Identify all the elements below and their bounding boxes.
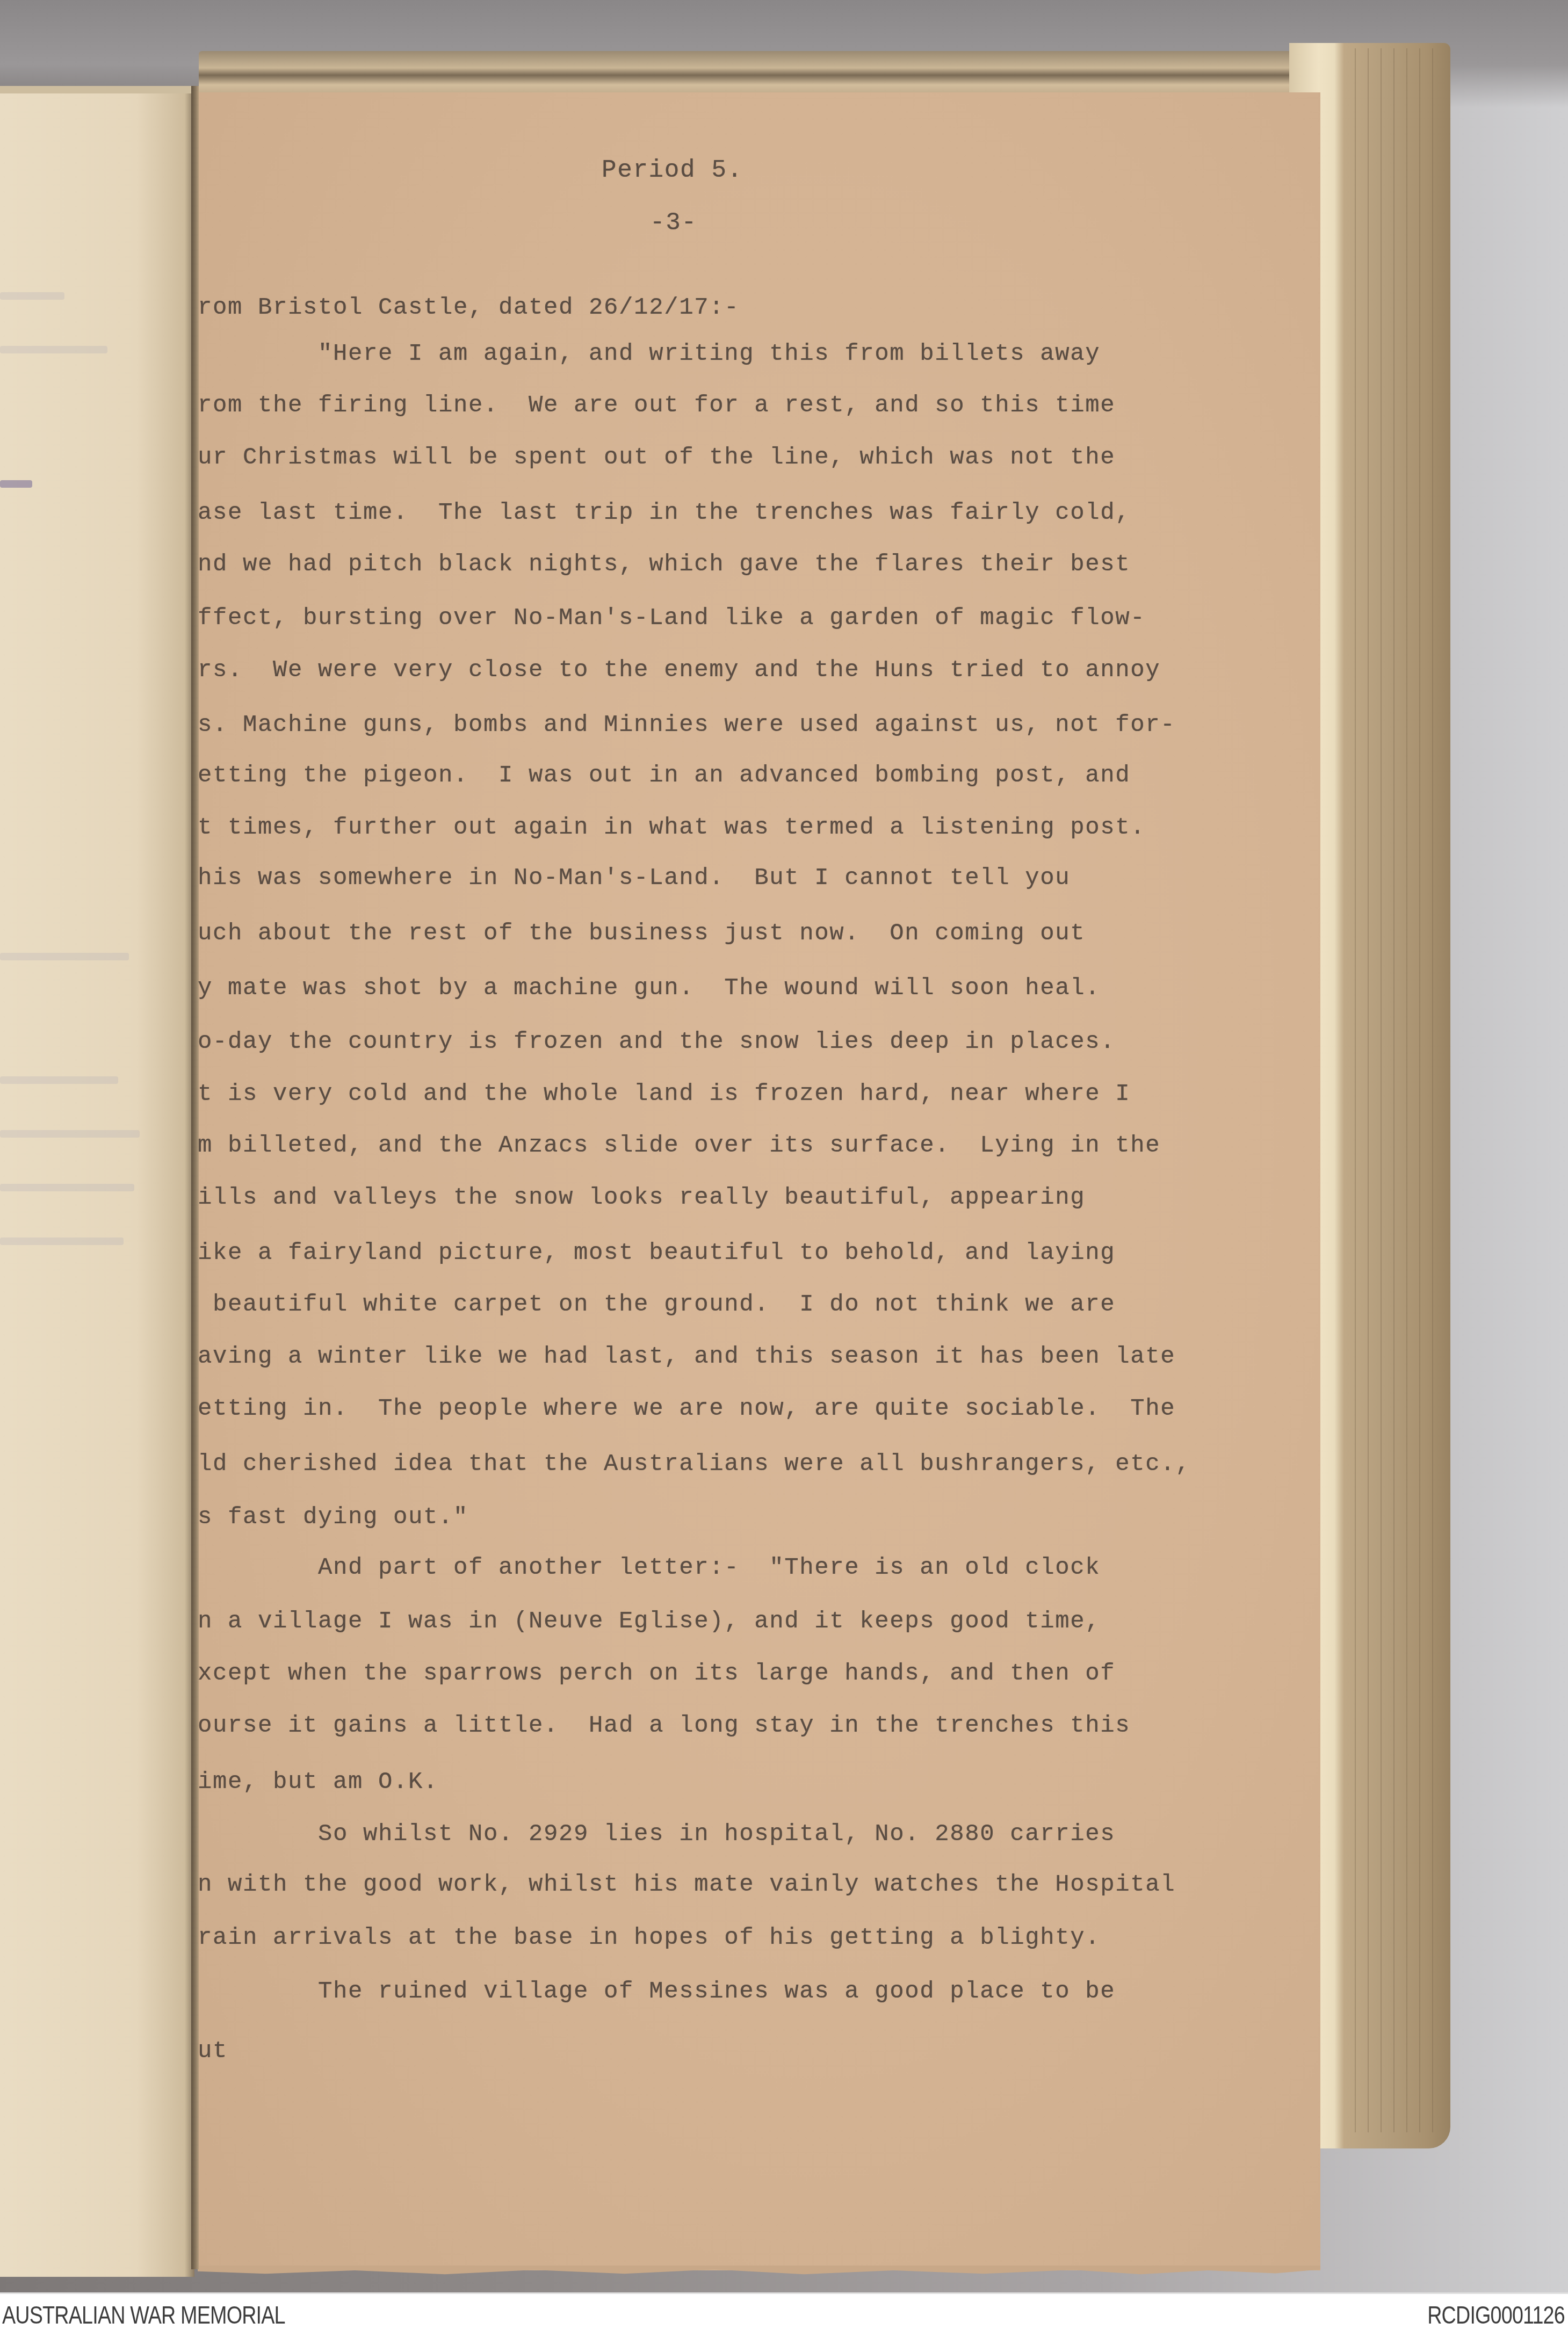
bleed-through-text bbox=[0, 480, 32, 488]
bleed-through-text bbox=[0, 953, 129, 960]
text-line: etting the pigeon. I was out in an advan… bbox=[198, 762, 1130, 789]
text-line: m billeted, and the Anzacs slide over it… bbox=[198, 1132, 1160, 1159]
bleed-through-text bbox=[0, 1184, 134, 1191]
page-heading: Period 5. bbox=[602, 157, 743, 184]
text-line: t times, further out again in what was t… bbox=[198, 814, 1145, 841]
text-line: And part of another letter:- "There is a… bbox=[198, 1554, 1100, 1581]
text-line: n with the good work, whilst his mate va… bbox=[198, 1871, 1175, 1898]
text-line: ur Christmas will be spent out of the li… bbox=[198, 444, 1115, 471]
text-line: ills and valleys the snow looks really b… bbox=[198, 1184, 1085, 1211]
text-line: So whilst No. 2929 lies in hospital, No.… bbox=[198, 1821, 1115, 1848]
text-line: o-day the country is frozen and the snow… bbox=[198, 1029, 1115, 1055]
text-line: s fast dying out." bbox=[198, 1504, 468, 1531]
text-line: his was somewhere in No-Man's-Land. But … bbox=[198, 865, 1070, 892]
text-line: ike a fairyland picture, most beautiful … bbox=[198, 1240, 1115, 1267]
footer-bar: AUSTRALIAN WAR MEMORIAL RCDIG0001126 bbox=[0, 2292, 1568, 2330]
text-line: y mate was shot by a machine gun. The wo… bbox=[198, 975, 1100, 1002]
record-id: RCDIG0001126 bbox=[1427, 2300, 1565, 2329]
page-number: -3- bbox=[650, 209, 697, 236]
bleed-through-text bbox=[0, 346, 107, 353]
text-line: nd we had pitch black nights, which gave… bbox=[198, 551, 1130, 578]
page-stack-lines bbox=[1343, 48, 1445, 2132]
text-line: ime, but am O.K. bbox=[198, 1769, 438, 1796]
text-line: The ruined village of Messines was a goo… bbox=[198, 1978, 1115, 2005]
text-line: rom the firing line. We are out for a re… bbox=[198, 392, 1115, 419]
text-line: ut bbox=[198, 2038, 228, 2065]
text-line: rs. We were very close to the enemy and … bbox=[198, 657, 1160, 684]
text-line: ffect, bursting over No-Man's-Land like … bbox=[198, 605, 1145, 632]
text-line: "Here I am again, and writing this from … bbox=[198, 341, 1100, 367]
left-page bbox=[0, 86, 194, 2277]
bleed-through-text bbox=[0, 1076, 118, 1084]
text-line: rain arrivals at the base in hopes of hi… bbox=[198, 1924, 1100, 1951]
scanned-book-image: Period 5. -3- rom Bristol Castle, dated … bbox=[0, 0, 1568, 2292]
bleed-through-text bbox=[0, 1238, 124, 1245]
text-line: ourse it gains a little. Had a long stay… bbox=[198, 1712, 1130, 1739]
text-line: ld cherished idea that the Australians w… bbox=[198, 1451, 1190, 1478]
bleed-through-text bbox=[0, 1130, 140, 1138]
text-line: ase last time. The last trip in the tren… bbox=[198, 500, 1130, 526]
text-line: etting in. The people where we are now, … bbox=[198, 1395, 1175, 1422]
text-line: beautiful white carpet on the ground. I … bbox=[198, 1291, 1115, 1318]
bleed-through-text bbox=[0, 292, 64, 300]
text-line: t is very cold and the whole land is fro… bbox=[198, 1081, 1130, 1108]
text-line: aving a winter like we had last, and thi… bbox=[198, 1343, 1175, 1370]
text-line: uch about the rest of the business just … bbox=[198, 920, 1085, 947]
text-line: rom Bristol Castle, dated 26/12/17:- bbox=[198, 294, 739, 321]
typed-page-text: Period 5. -3- rom Bristol Castle, dated … bbox=[198, 0, 1320, 2292]
text-line: xcept when the sparrows perch on its lar… bbox=[198, 1660, 1115, 1687]
text-line: s. Machine guns, bombs and Minnies were … bbox=[198, 712, 1175, 739]
text-line: n a village I was in (Neuve Eglise), and… bbox=[198, 1608, 1100, 1635]
institution-label: AUSTRALIAN WAR MEMORIAL bbox=[2, 2300, 285, 2329]
